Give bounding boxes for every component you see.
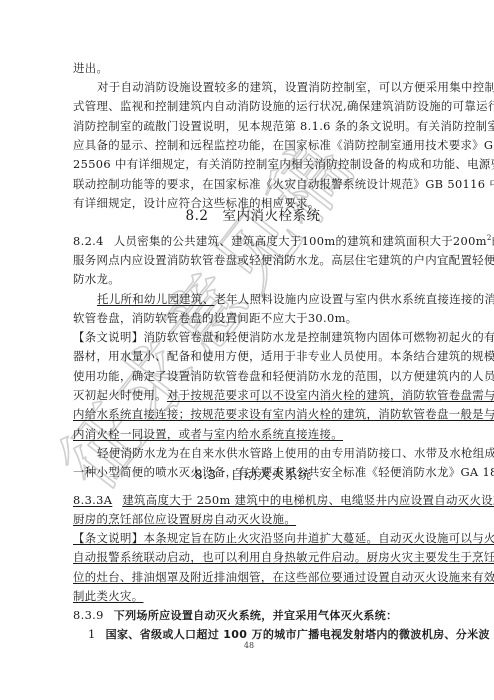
clause-8-2-4-line: 防水龙。 xyxy=(73,271,433,287)
clause-8-3-3a-line: 厨房的烹饪部位应设置厨房自动灭火设施。 xyxy=(73,511,433,527)
paragraph-tail: 进出。 xyxy=(73,60,433,76)
revised-text: 制此类火灾。 xyxy=(73,589,143,603)
section-number: 8.3 xyxy=(194,468,216,483)
revised-text: 托儿所和幼儿园建筑、 xyxy=(97,292,214,306)
paragraph-line: 应具备的显示、控制和远程监控功能，在国家标准《消防控制室通用技术要求》GB xyxy=(73,137,433,153)
revised-text: 【条文说明】本条规定旨在防止火灾沿竖向井道扩大蔓延。自动灭火设施可以与火灾 xyxy=(73,531,494,545)
section-number: 8.2 xyxy=(186,208,209,224)
explanation-line: 内给水系统直接连接；按规范要求设有室内消火栓的建筑，消防软管卷盘一般是与室 xyxy=(73,406,433,422)
section-title: 室内消火栓系统 xyxy=(222,208,320,224)
explanation-line: 制此类火灾。 xyxy=(73,588,433,604)
paragraph-line: 25506 中有详细规定，有关消防控制室内相关消防控制设备的构成和功能、电源要求… xyxy=(73,156,433,172)
document-page: 征求意见稿 进出。 对于自动消防设施设置较多的建筑，设置消防控制室，可以方便采用… xyxy=(0,0,494,700)
clause-8-3-3a-line: 8.3.3A建筑高度大于 250m 建筑中的电梯机房、电缆竖井内应设置自动灭火设… xyxy=(73,492,433,508)
explanation-text: 本条规定旨在防止火灾沿竖向井道扩大蔓延。自动灭火设施可以与火灾 xyxy=(143,531,494,545)
clause-text: 人员密集的公共建筑、建筑高度大于100m的建筑和建筑面积大于200m xyxy=(114,234,487,248)
clause-8-3-9-line: 8.3.9下列场所应设置自动灭火系统，并宜采用气体灭火系统： xyxy=(73,607,433,623)
explanation-line: 使用功能，确定了设置消防软管卷盘和轻便消防水龙的范围，以方便建筑内的人员扑 xyxy=(73,368,433,384)
revised-text: 8.3.3A建筑高度大于 250m 建筑中的电梯机房、电缆竖井内应设置自动灭火设… xyxy=(73,493,494,507)
paragraph-line: 对于自动消防设施设置较多的建筑，设置消防控制室，可以方便采用集中控制方 xyxy=(97,79,433,95)
explanation-line: 【条文说明】消防软管卷盘和轻便消防水龙是控制建筑物内固体可燃物初起火的有效 xyxy=(73,329,433,345)
revised-text: 厨房的烹饪部位应设置厨房自动灭火设施。 xyxy=(73,512,296,526)
page-number: 48 xyxy=(237,641,261,650)
revised-text: 内给水系统直接连接；按规范要求设有室内消火栓的建筑，消防软管卷盘一般是与室 xyxy=(73,407,494,421)
explanation-line: 内消火栓一同设置，或者与室内给水系统直接连接。 xyxy=(73,426,433,442)
explanation-line: 自动报警系统联动启动，也可以利用自身热敏元件启动。厨房火灾主要发生于烹饪部 xyxy=(73,549,433,565)
clause-8-2-4-line: 软管卷盘，消防软管卷盘的设置间距不应大于30.0m。 xyxy=(73,310,433,326)
clause-number: 8.2.4 xyxy=(73,234,104,248)
clause-text: 下列场所应设置自动灭火系统，并宜采用气体灭火系统： xyxy=(114,609,398,622)
clause-8-2-4-line: 服务网点内应设置消防软管卷盘或轻便消防水龙。高层住宅建筑的户内宜配置轻便消 xyxy=(73,252,433,268)
clause-number: 8.3.3A xyxy=(73,493,112,507)
revised-text: 内消火栓一同设置，或者与室内给水系统直接连接。 xyxy=(73,427,343,441)
explanation-line: 器材，用水量小、配备和使用方便，适用于非专业人员使用。本条结合建筑的规模和 xyxy=(73,348,433,364)
clause-number: 8.3.9 xyxy=(73,608,104,622)
clause-8-2-4-line: 8.2.4人员密集的公共建筑、建筑高度大于100m的建筑和建筑面积大于200m2… xyxy=(73,233,433,249)
section-heading-8-3: 8.3自动灭火系统 xyxy=(73,467,433,485)
item-text: 国家、省级或人口超过 100 万的城市广播电视发射塔内的微波机房、分米波 xyxy=(106,628,490,641)
clause-8-2-4-line: 托儿所和幼儿园建筑、老年人照料设施内应设置与室内供水系统直接连接的消防 xyxy=(97,291,433,307)
section-title: 自动灭火系统 xyxy=(231,468,312,483)
explanation-line: 灭初起火时使用。对于按规范要求可以不设室内消火栓的建筑，消防软管卷盘需与室 xyxy=(73,387,433,403)
explanation-line: 位的灶台、排油烟罩及附近排油烟管，在这些部位要通过设置自动灭火设施来有效控 xyxy=(73,569,433,585)
revised-text: 位的灶台、排油烟罩及附近排油烟管，在这些部位要通过设置自动灭火设施来有效控 xyxy=(73,570,494,584)
explanation-line: 轻便消防水龙为在自来水供水管路上使用的由专用消防接口、水带及水枪组成的 xyxy=(97,445,433,461)
explanation-label: 【条文说明】 xyxy=(73,531,143,545)
revised-text: 对于按规范要求可以不设室内消火栓的建筑，消防软管卷盘需与室 xyxy=(167,388,494,402)
clause-text: 建筑高度大于 250m 建筑中的电梯机房、电缆竖井内应设置自动灭火设施， xyxy=(122,493,494,507)
section-heading-8-2: 8.2室内消火栓系统 xyxy=(73,207,433,225)
revised-text: 自动报警系统联动启动，也可以利用自身热敏元件启动。厨房火灾主要发生于烹饪部 xyxy=(73,550,494,564)
paragraph-line: 消防控制室的疏散门设置说明，见本规范第 8.1.6 条的条文说明。有关消防控制室… xyxy=(73,118,433,134)
clause-text: 老年人照料设施内应设置与室内供水系统直接连接的消防 xyxy=(214,292,494,306)
clause-8-3-9-item: 1国家、省级或人口超过 100 万的城市广播电视发射塔内的微波机房、分米波 xyxy=(88,626,433,642)
explanation-line: 【条文说明】本条规定旨在防止火灾沿竖向井道扩大蔓延。自动灭火设施可以与火灾 xyxy=(73,530,433,546)
paragraph-line: 联动控制功能等的要求，在国家标准《火灾自动报警系统设计规范》GB 50116 中… xyxy=(73,176,433,192)
explanation-text: 消防软管卷盘和轻便消防水龙是控制建筑物内固体可燃物初起火的有效 xyxy=(143,330,494,344)
paragraph-line: 式管理、监视和控制建筑内自动消防设施的运行状况,确保建筑消防设施的可靠运行， xyxy=(73,98,433,114)
explanation-label: 【条文说明】 xyxy=(73,330,143,344)
explanation-text: 灭初起火时使用。 xyxy=(73,388,167,402)
item-number: 1 xyxy=(88,627,96,641)
